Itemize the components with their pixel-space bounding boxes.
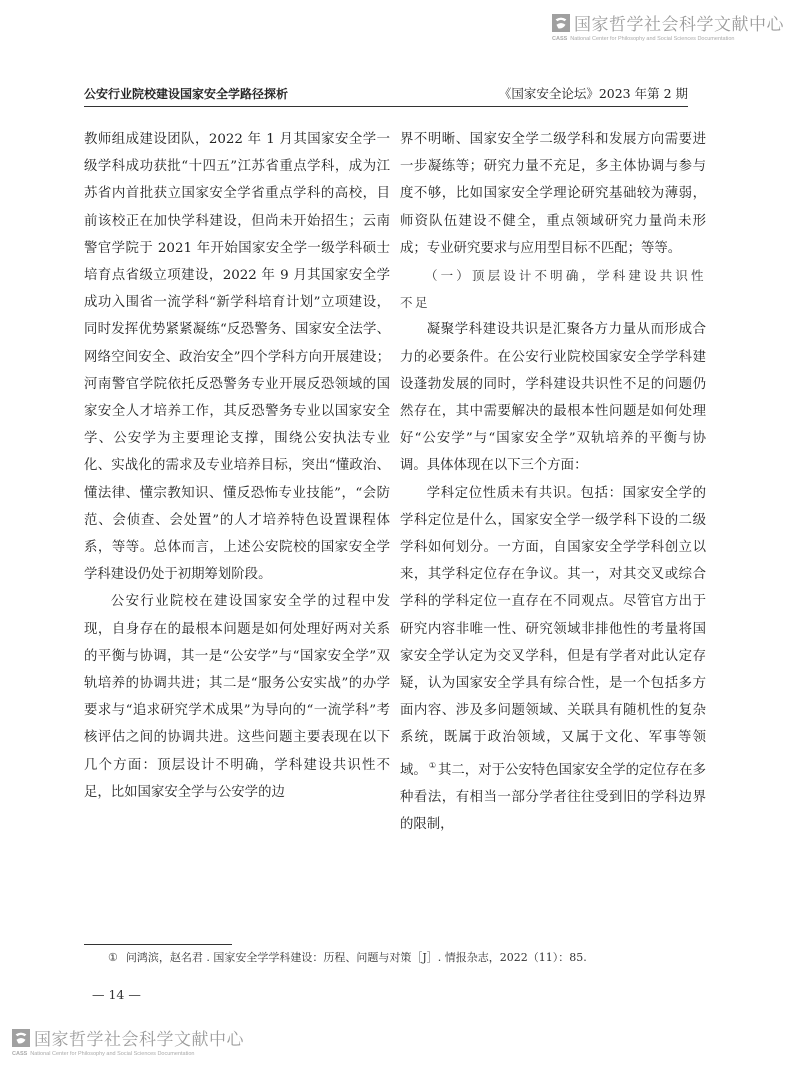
- left-column: 教师组成建设团队，2022 年 1 月其国家安全学一级学科成功获批“十四五”江苏…: [84, 126, 390, 806]
- footnote-reference-link[interactable]: ①: [429, 761, 436, 770]
- running-header: 公安行业院校建设国家安全学路径探析 《国家安全论坛》2023 年第 2 期: [84, 80, 688, 107]
- paragraph-text: 其二，对于公安特色国家安全学的定位存在多种看法，有相当一部分学者往往受到旧的学科…: [400, 763, 706, 832]
- paragraph: 凝聚学科建设共识是汇聚各方力量从而形成合力的必要条件。在公安行业院校国家安全学学…: [400, 316, 706, 479]
- paragraph-continued: 界不明晰、国家安全学二级学科和发展方向需要进一步凝练等；研究力量不充足，多主体协…: [400, 126, 706, 262]
- watermark-top: 国家哲学社会科学文献中心 CASSNational Center for Phi…: [552, 10, 784, 42]
- page-number: — 14 —: [92, 987, 141, 1002]
- watermark-bottom: 国家哲学社会科学文献中心 CASSNational Center for Phi…: [12, 1025, 244, 1057]
- journal-issue: 《国家安全论坛》2023 年第 2 期: [499, 84, 688, 102]
- cass-logo-icon: [552, 14, 570, 32]
- section-heading: （一）顶层设计不明确，学科建设共识性不足: [400, 262, 706, 316]
- watermark-prefix: CASS: [552, 36, 567, 42]
- paragraph: 公安行业院校在建设国家安全学的过程中发现，自身存在的最根本问题是如何处理好两对关…: [84, 588, 390, 806]
- watermark-en-text: National Center for Philosophy and Socia…: [30, 1051, 194, 1057]
- article-title: 公安行业院校建设国家安全学路径探析: [84, 85, 288, 102]
- footnote: ①问鸿滨，赵名君 . 国家安全学学科建设：历程、问题与对策［J］. 情报杂志，2…: [108, 949, 587, 965]
- watermark-en-text: National Center for Philosophy and Socia…: [570, 36, 734, 42]
- watermark-prefix: CASS: [12, 1051, 27, 1057]
- right-column: 界不明晰、国家安全学二级学科和发展方向需要进一步凝练等；研究力量不充足，多主体协…: [400, 126, 706, 838]
- watermark-cn-text: 国家哲学社会科学文献中心: [574, 10, 784, 35]
- footnote-divider: [84, 944, 232, 945]
- paragraph-continued: 教师组成建设团队，2022 年 1 月其国家安全学一级学科成功获批“十四五”江苏…: [84, 126, 390, 588]
- paragraph: 学科定位性质未有共识。包括：国家安全学的学科定位是什么，国家安全学一级学科下设的…: [400, 480, 706, 839]
- footnote-text: 问鸿滨，赵名君 . 国家安全学学科建设：历程、问题与对策［J］. 情报杂志，20…: [126, 951, 587, 964]
- cass-logo-icon: [12, 1029, 30, 1047]
- footnote-mark: ①: [108, 951, 118, 964]
- paragraph-text: 学科定位性质未有共识。包括：国家安全学的学科定位是什么，国家安全学一级学科下设的…: [400, 486, 706, 778]
- watermark-cn-text: 国家哲学社会科学文献中心: [34, 1025, 244, 1050]
